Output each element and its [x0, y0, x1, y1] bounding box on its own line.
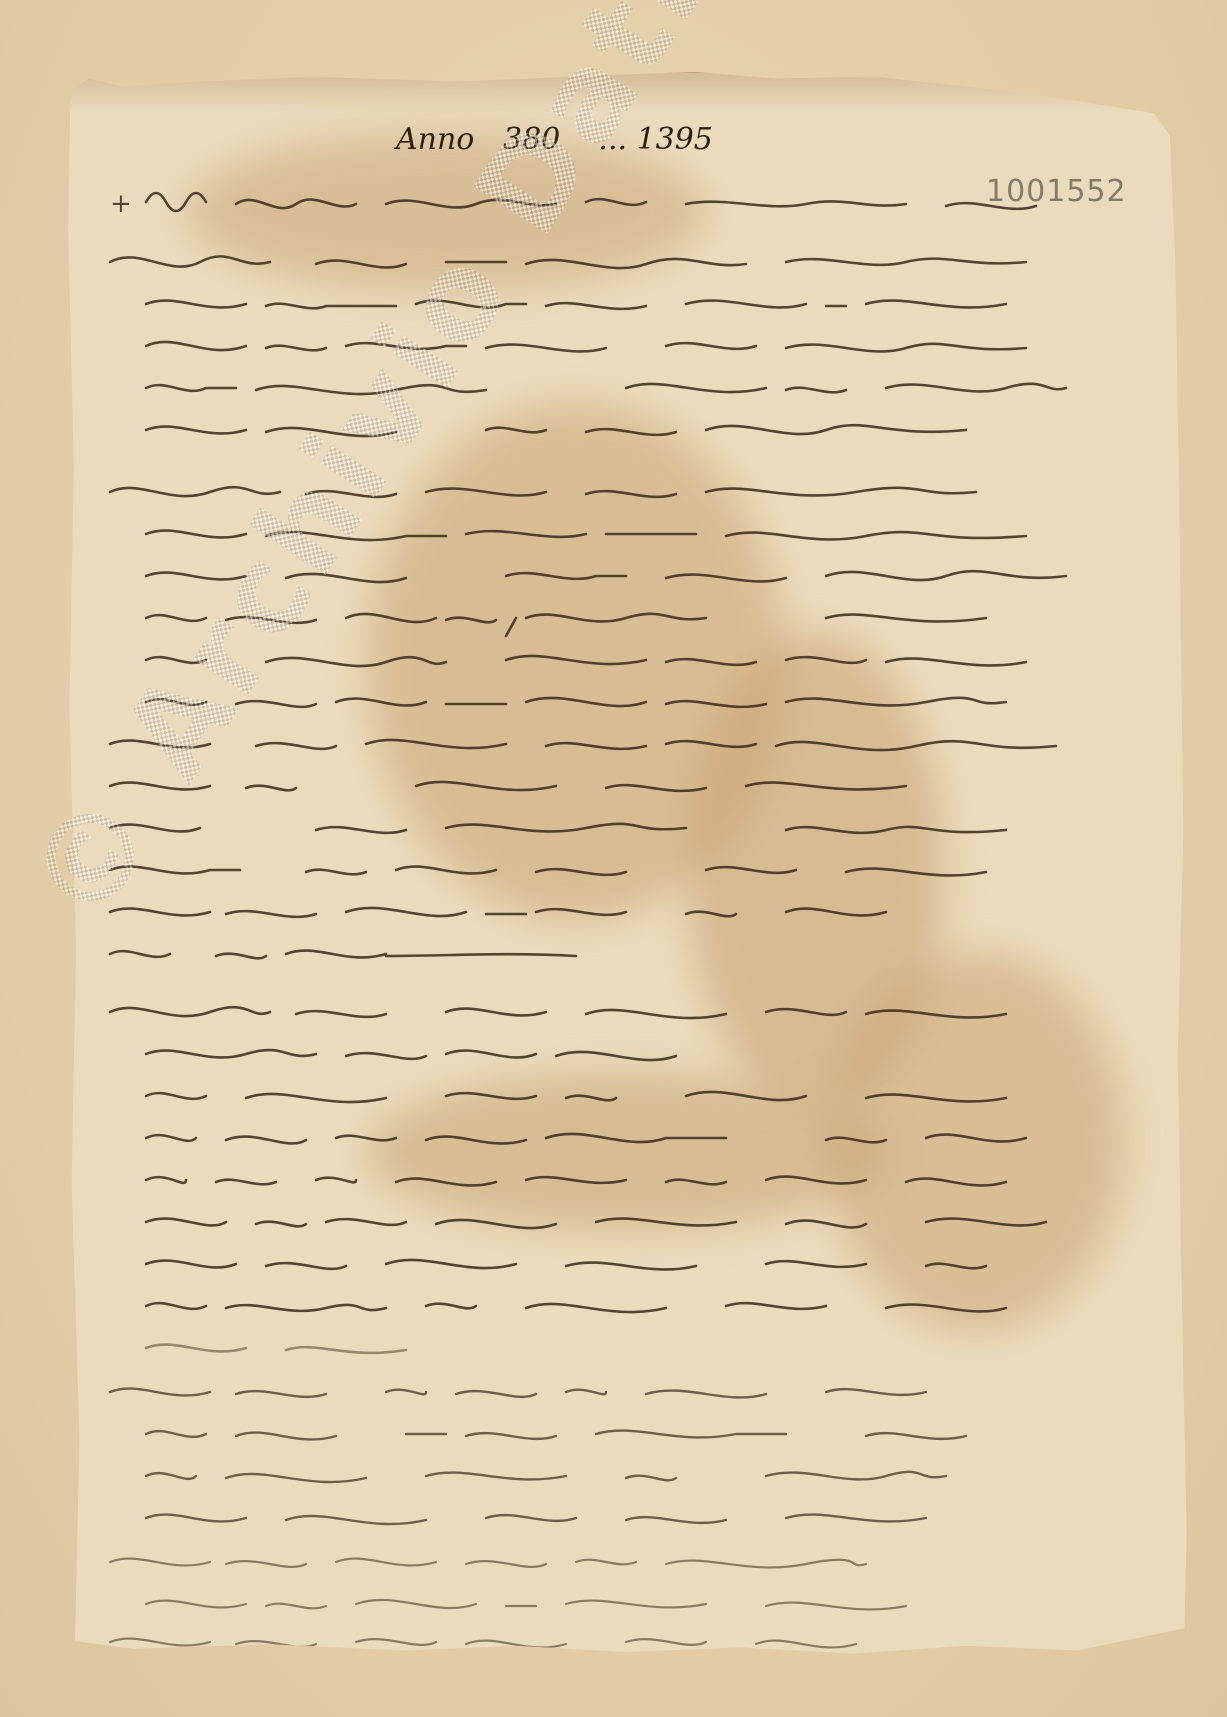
manuscript-sheet: Anno 380 ... 1395 1001552 + [66, 72, 1190, 1660]
handwriting-body: + [66, 72, 1190, 1660]
opening-cross: + [110, 189, 132, 219]
